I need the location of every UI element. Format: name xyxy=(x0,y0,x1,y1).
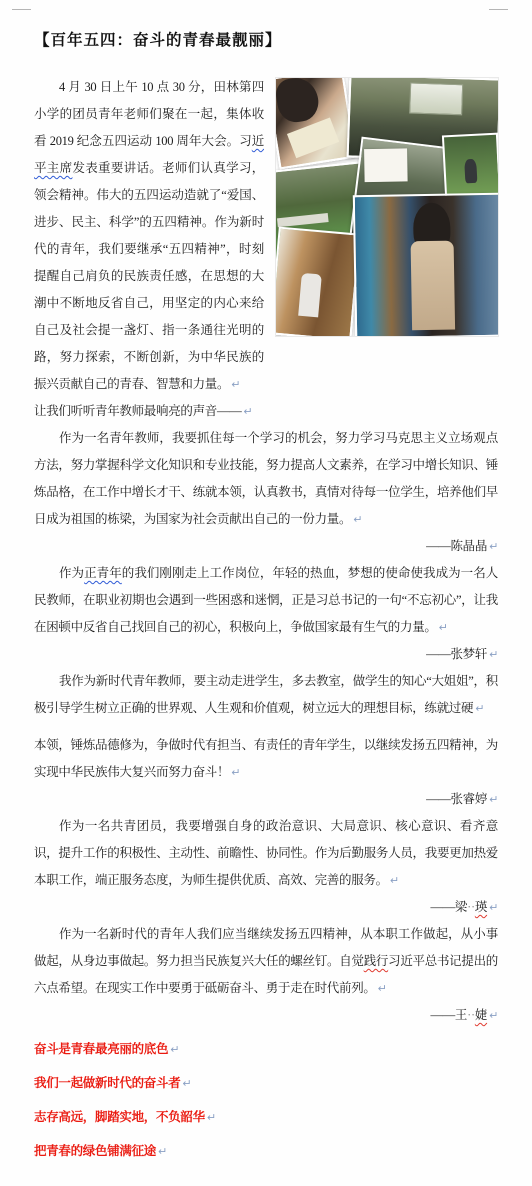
paragraph-mark: ↵ xyxy=(489,901,498,914)
photo-collage xyxy=(276,78,498,336)
slogan-1: 奋斗是青春最亮丽的底色↵ xyxy=(34,1036,498,1063)
paragraph-mark: ↵ xyxy=(182,1077,191,1090)
signature-zhangmengxuan: ——张梦轩↵ xyxy=(34,641,498,668)
text-segment: 发表重要讲话。老师们认真学习，领会精神。伟大的五四运动造就了“爱国、进步、民主、… xyxy=(34,161,264,391)
paragraph-mark: ↵ xyxy=(489,540,498,553)
paragraph-mark: ↵ xyxy=(378,982,387,995)
paragraph-mark: ↵ xyxy=(158,1145,167,1158)
paragraph-mark: ↵ xyxy=(243,405,252,418)
speech-wangjie: 作为一名新时代的青年人我们应当继续发扬五四精神，从本职工作做起，从小事做起，从身… xyxy=(34,921,498,1002)
paragraph-mark: ↵ xyxy=(475,702,484,715)
text-segment: 我作为新时代青年教师，要主动走进学生，多去教室，做学生的知心“大姐姐”，积极引导… xyxy=(34,674,498,715)
text-segment: 婕 xyxy=(475,1008,487,1022)
lead-line: 让我们听听青年教师最响亮的声音——↵ xyxy=(34,398,498,425)
library-aisle-photo xyxy=(276,227,361,336)
text-segment: 志存高远，脚踏实地，不负韶华 xyxy=(34,1110,205,1124)
document-content: 【百年五四：奋斗的青春最靓丽】 4 月 30 日上午 10 点 30 分，田林第… xyxy=(0,0,532,1165)
text-segment: ——梁 xyxy=(431,900,468,914)
speech-zhangruiting-part1: 我作为新时代青年教师，要主动走进学生，多去教室，做学生的知心“大姐姐”，积极引导… xyxy=(34,668,498,722)
paragraph-mark: ↵ xyxy=(170,1043,179,1056)
paragraph-mark: ↵ xyxy=(207,1111,216,1124)
signature-zhangruiting: ——张睿婷↵ xyxy=(34,786,498,813)
slogan-3: 志存高远，脚踏实地，不负韶华↵ xyxy=(34,1104,498,1131)
text-segment: 把青春的绿色铺满征途 xyxy=(34,1144,156,1158)
text-segment: 作为 xyxy=(59,566,84,580)
paragraph-mark: ↵ xyxy=(439,621,448,634)
signature-chenjingjing: ——陈晶晶↵ xyxy=(34,533,498,560)
speech-zhangmengxuan: 作为正青年的我们刚刚走上工作岗位，年轻的热血，梦想的使命使我成为一名人民教师，在… xyxy=(34,560,498,641)
text-segment: ——陈晶晶 xyxy=(426,539,487,553)
text-segment: 作为一名共青团员，我要增强自身的政治意识、大局意识、核心意识、看齐意识，提升工作… xyxy=(34,819,498,887)
slogan-2: 我们一起做新时代的奋斗者↵ xyxy=(34,1070,498,1097)
paragraph-mark: ↵ xyxy=(489,648,498,661)
teacher-reading-book-photo xyxy=(276,78,357,170)
text-segment: 让我们听听青年教师最响亮的声音—— xyxy=(34,404,241,418)
signature-liangying: ——梁··瑛↵ xyxy=(34,894,498,921)
paragraph-mark: ↵ xyxy=(353,513,362,526)
text-segment: 正青年 xyxy=(84,566,122,580)
paragraph-mark: ↵ xyxy=(231,378,240,391)
speech-liangying: 作为一名共青团员，我要增强自身的政治意识、大局意识、核心意识、看齐意识，提升工作… xyxy=(34,813,498,894)
signature-wangjie: ——王··婕↵ xyxy=(34,1002,498,1029)
text-segment: 瑛 xyxy=(475,900,487,914)
text-segment: ——张梦轩 xyxy=(426,647,487,661)
paragraph-mark: ↵ xyxy=(489,1009,498,1022)
page-title: 【百年五四：奋斗的青春最靓丽】 xyxy=(34,28,498,50)
speech-chenjingjing: 作为一名青年教师，我要抓住每一个学习的机会，努力学习马克思主义立场观点方法，努力… xyxy=(34,425,498,533)
slogan-4: 把青春的绿色铺满征途↵ xyxy=(34,1138,498,1165)
text-segment: 4 月 30 日上午 10 点 30 分，田林第四小学的团员青年老师们聚在一起，… xyxy=(34,80,264,148)
word-document-page: 【百年五四：奋斗的青春最靓丽】 4 月 30 日上午 10 点 30 分，田林第… xyxy=(0,0,532,1186)
text-segment: 践行 xyxy=(364,954,388,968)
text-segment: ——张睿婷 xyxy=(426,792,487,806)
speech-zhangruiting-part2: 本领，锤炼品德修为，争做时代有担当、有责任的青年学生，以继续发扬五四精神，为实现… xyxy=(34,732,498,786)
page-corner-mark-right xyxy=(489,9,508,10)
paragraph-mark: ↵ xyxy=(489,793,498,806)
paragraph-mark: ↵ xyxy=(231,766,240,779)
text-segment: ·· xyxy=(467,1008,475,1022)
text-segment: 作为一名青年教师，我要抓住每一个学习的机会，努力学习马克思主义立场观点方法，努力… xyxy=(34,431,498,526)
text-segment: 奋斗是青春最亮丽的底色 xyxy=(34,1042,168,1056)
paragraph-mark: ↵ xyxy=(390,874,399,887)
document-body: 4 月 30 日上午 10 点 30 分，田林第四小学的团员青年老师们聚在一起，… xyxy=(34,74,498,1165)
page-corner-mark-left xyxy=(12,9,31,10)
text-segment: ——王 xyxy=(431,1008,468,1022)
text-segment: 我们一起做新时代的奋斗者 xyxy=(34,1076,180,1090)
text-segment: 本领，锤炼品德修为，争做时代有担当、有责任的青年学生，以继续发扬五四精神，为实现… xyxy=(34,738,498,779)
teacher-at-bookshelf-photo xyxy=(353,193,498,336)
text-segment: ·· xyxy=(467,900,475,914)
